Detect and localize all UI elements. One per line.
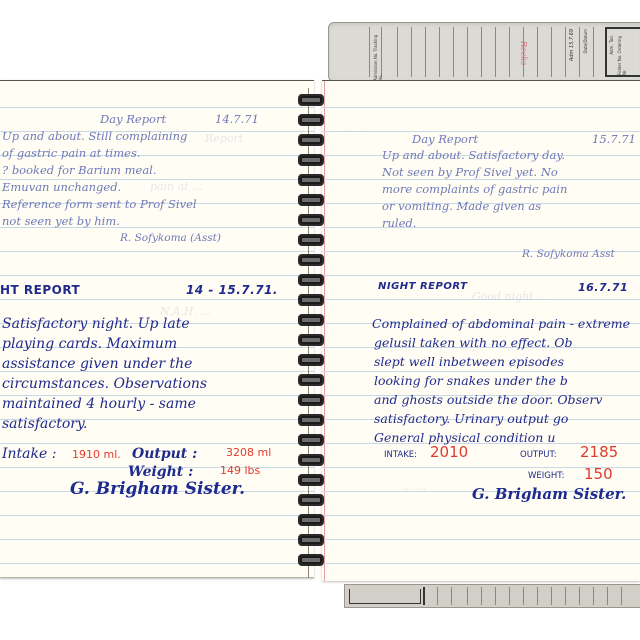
right-night-date: 16.7.71	[578, 282, 628, 293]
right-day-report-date: 15.7.71	[592, 134, 636, 146]
right-weight-value: 150	[584, 467, 613, 482]
card-label-adm: Adm. Tod.	[609, 35, 614, 55]
right-night-line: satisfactory. Urinary output go	[374, 413, 568, 426]
left-day-signature: R. Sofykoma (Asst)	[120, 233, 221, 244]
right-day-line: ruled.	[382, 218, 416, 230]
right-night-line: and ghosts outside the door. Observ	[374, 394, 602, 407]
left-day-line: not seen yet by him.	[2, 216, 120, 228]
left-day-line: Up and about. Still complaining	[2, 131, 187, 143]
bottom-index-card	[344, 584, 640, 608]
left-intake-value: 1910 ml.	[72, 449, 121, 460]
right-weight-label: WEIGHT:	[528, 472, 564, 481]
left-day-line: Emuvan unchanged.	[2, 182, 121, 194]
left-weight-value: 149 lbs	[220, 465, 260, 476]
left-night-line: circumstances. Observations	[2, 377, 207, 391]
spiral-binding	[296, 88, 326, 578]
card-label-folder: Folder No. Ordering Nr.	[617, 35, 627, 75]
right-night-line: looking for snakes under the b	[374, 375, 568, 388]
card-red-handwriting: Recks	[519, 41, 528, 65]
right-intake-label: INTAKE:	[384, 451, 417, 460]
right-day-line: or vomiting. Made given as	[382, 201, 541, 213]
right-output-value: 2185	[580, 445, 618, 460]
right-output-label: OUTPUT:	[520, 451, 557, 460]
right-night-heading: NIGHT REPORT	[378, 282, 467, 292]
left-output-value: 3208 ml	[226, 447, 271, 458]
left-night-date: 14 - 15.7.71.	[186, 284, 278, 296]
left-day-line: ? booked for Barium meal.	[2, 165, 157, 177]
left-night-line: satisfactory.	[2, 417, 87, 431]
left-day-report-title: Day Report	[100, 114, 166, 126]
top-index-card: Admission No. Tracking No. Date/Datum Ad…	[328, 22, 640, 82]
right-page: ... ... Good night ... ... ... Day Repor…	[322, 80, 640, 581]
right-day-report-title: Day Report	[412, 134, 478, 146]
left-weight-label: Weight :	[128, 465, 193, 479]
right-day-line: Up and about. Satisfactory day.	[382, 150, 565, 162]
left-night-heading: HT REPORT	[0, 284, 80, 296]
right-day-line: Not seen by Prof Sivel yet. No	[382, 167, 558, 179]
right-night-signature: G. Brigham Sister.	[472, 487, 626, 502]
right-night-line: gelusil taken with no effect. Ob	[374, 337, 572, 350]
right-night-line: Complained of abdominal pain - extreme	[372, 318, 630, 331]
left-night-line: Satisfactory night. Up late	[2, 317, 190, 331]
left-night-line: playing cards. Maximum	[2, 337, 177, 351]
right-day-signature: R. Sofykoma Asst	[522, 249, 615, 260]
left-night-line: assistance given under the	[2, 357, 192, 371]
card-label-admission: Admission No. Tracking No.	[373, 29, 383, 81]
left-day-report-date: 14.7.71	[215, 114, 259, 126]
left-output-label: Output :	[132, 447, 197, 461]
left-day-line: Reference form sent to Prof Sivel	[2, 199, 197, 211]
right-intake-value: 2010	[430, 445, 468, 460]
right-day-line: more complaints of gastric pain	[382, 184, 567, 196]
right-night-line: slept well inbetween episodes	[374, 356, 564, 369]
left-night-line: maintained 4 hourly - same	[2, 397, 196, 411]
left-page: Report pain at ... N.A.H. ... Day Report…	[0, 80, 314, 578]
left-day-line: of gastric pain at times.	[2, 148, 141, 160]
card-folder-box: Folder No. Ordering Nr. Adm. Tod.	[605, 27, 640, 77]
left-intake-label: Intake :	[2, 447, 56, 461]
card-label-date: Date/Datum	[583, 29, 588, 53]
left-night-signature: G. Brigham Sister.	[70, 481, 245, 498]
card-handwritten-date: Adm 15.7.69	[569, 29, 575, 61]
